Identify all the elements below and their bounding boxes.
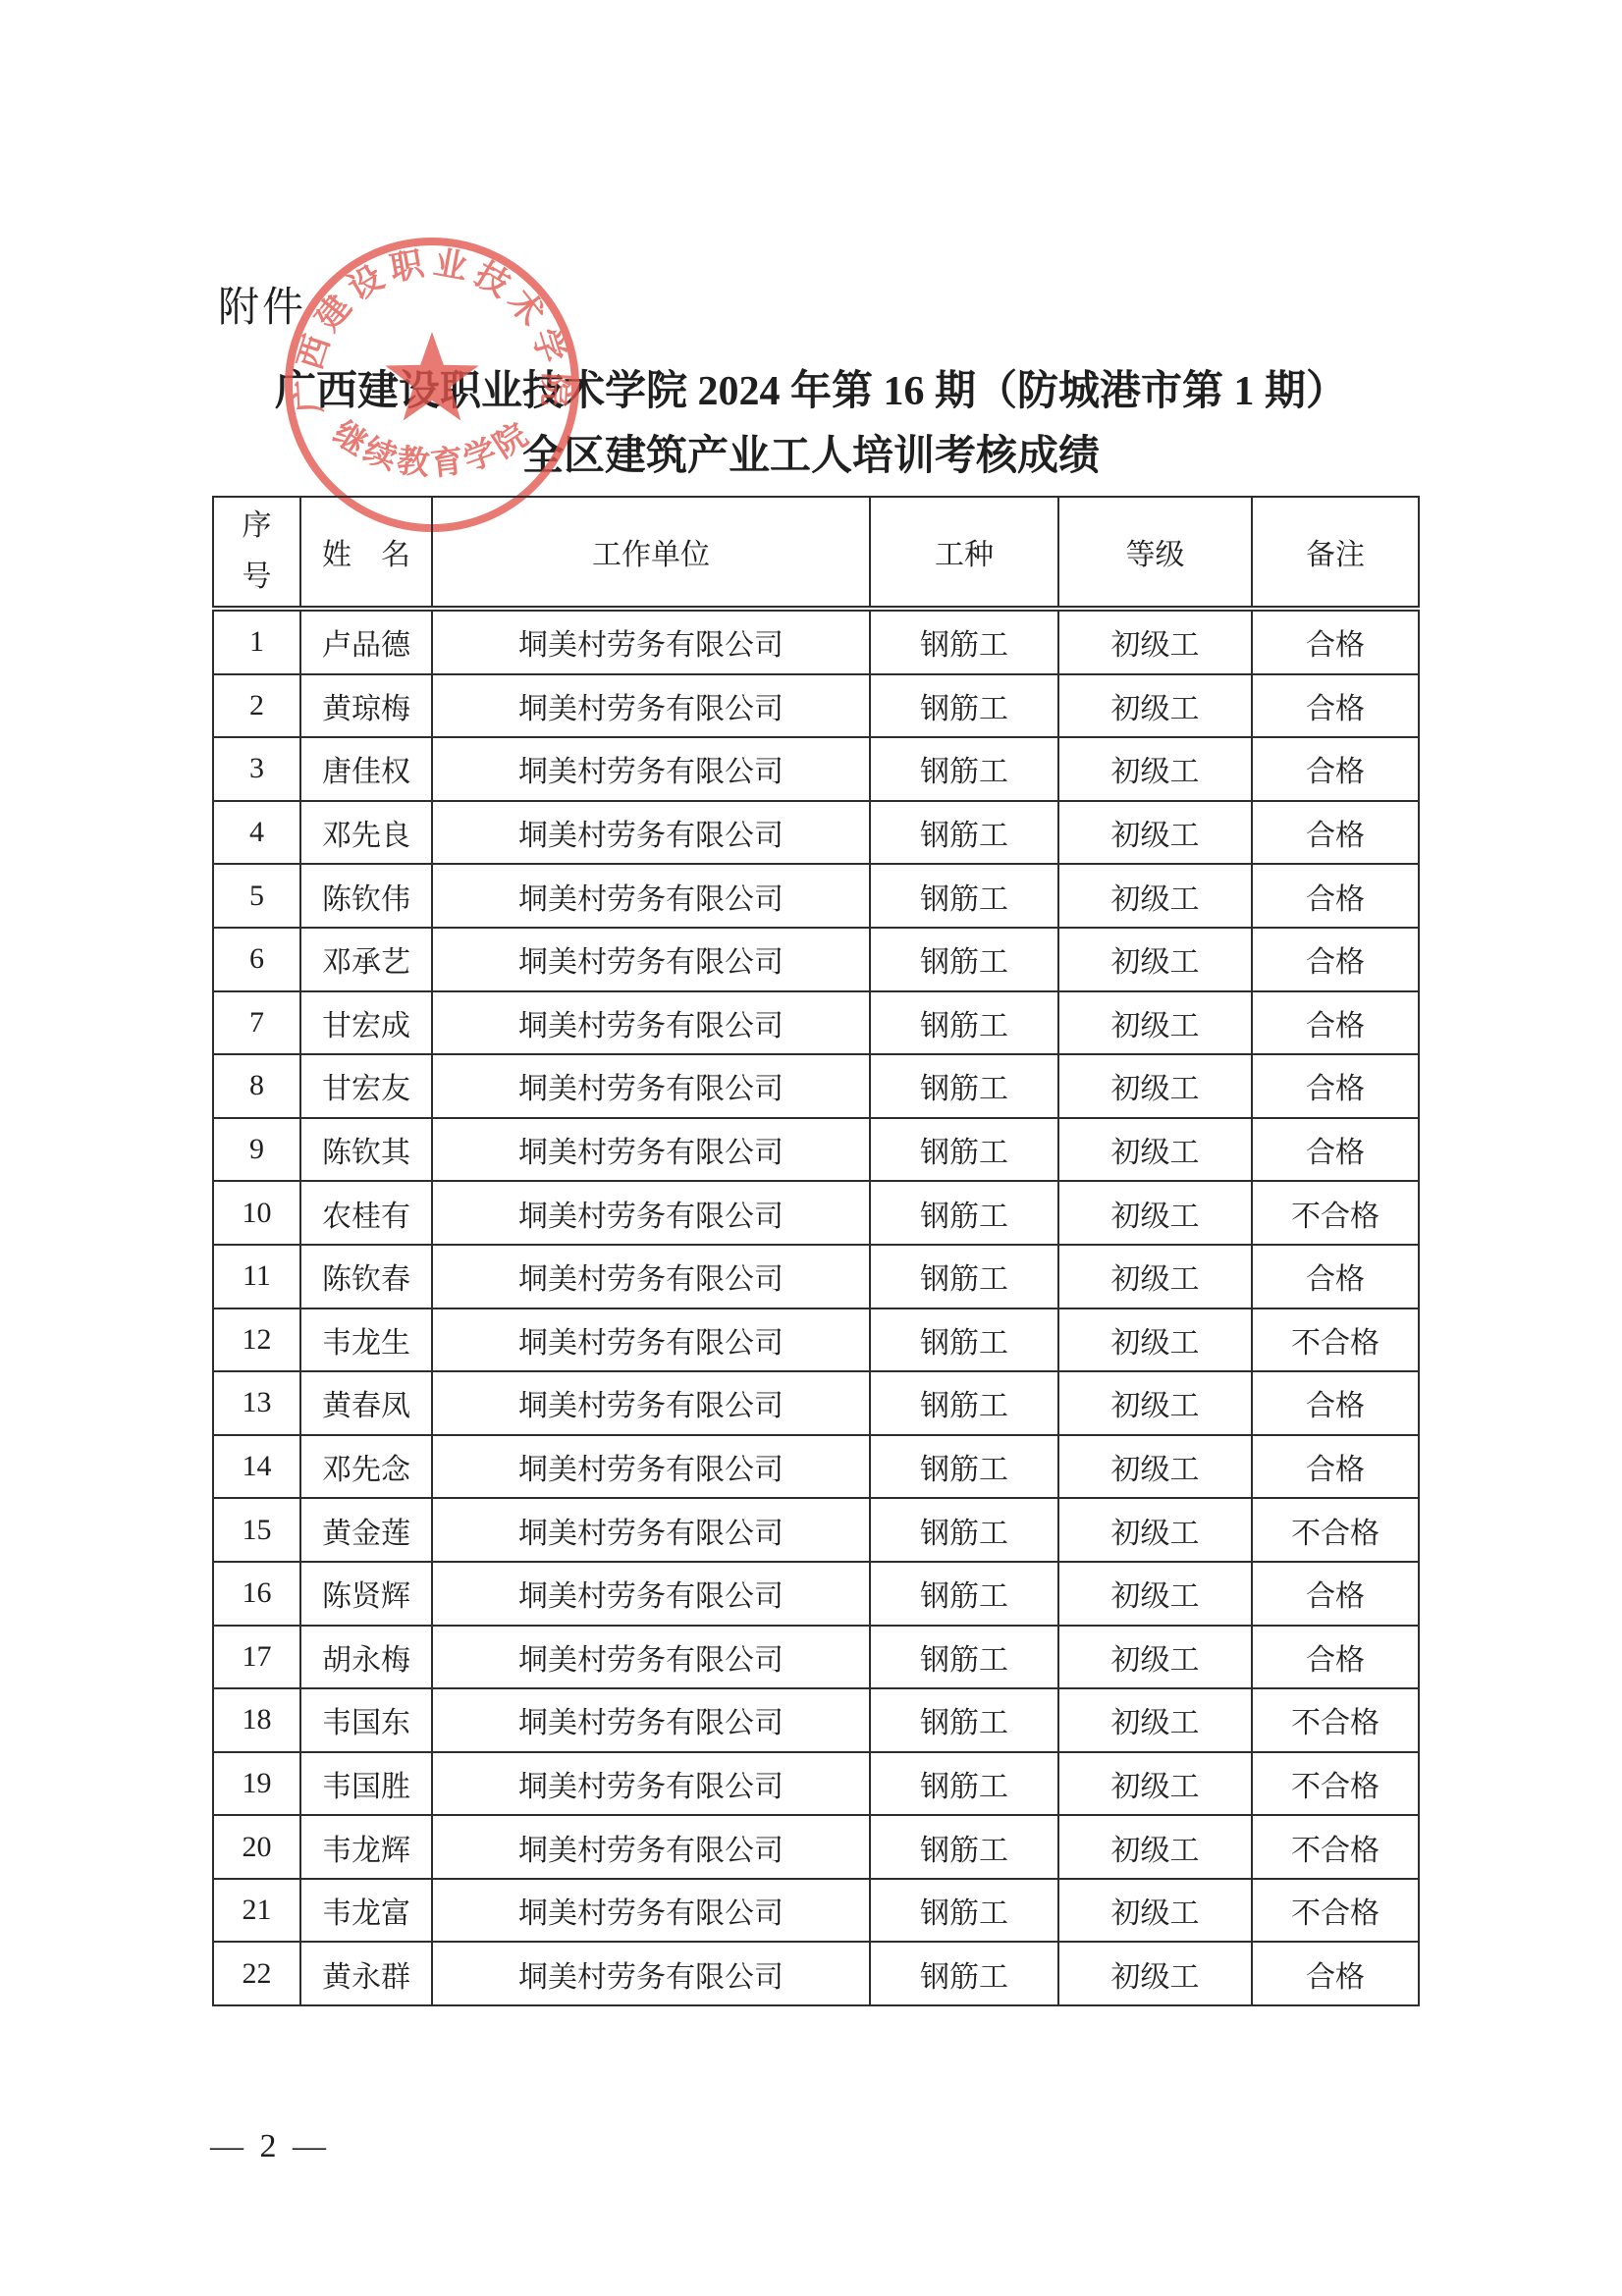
name-cell: 胡永梅 bbox=[300, 1626, 432, 1689]
row-number-cell: 9 bbox=[213, 1118, 300, 1182]
remark-cell: 合格 bbox=[1252, 737, 1419, 801]
trade-cell: 钢筋工 bbox=[870, 1118, 1058, 1182]
row-number-cell: 20 bbox=[213, 1815, 300, 1879]
level-cell: 初级工 bbox=[1058, 1688, 1252, 1752]
remark-cell: 合格 bbox=[1252, 1118, 1419, 1182]
table-row: 1 卢品德 垌美村劳务有限公司 钢筋工 初级工 合格 bbox=[213, 609, 1419, 674]
header-name: 姓 名 bbox=[300, 497, 432, 609]
table-row: 10 农桂有 垌美村劳务有限公司 钢筋工 初级工 不合格 bbox=[213, 1181, 1419, 1245]
trade-cell: 钢筋工 bbox=[870, 801, 1058, 865]
attachment-label: 附件 bbox=[218, 275, 306, 334]
name-cell: 韦国胜 bbox=[300, 1752, 432, 1816]
document-title: 广西建设职业技术学院 2024 年第 16 期（防城港市第 1 期） 全区建筑产… bbox=[0, 359, 1622, 489]
level-cell: 初级工 bbox=[1058, 609, 1252, 674]
header-remark: 备注 bbox=[1252, 497, 1419, 609]
trade-cell: 钢筋工 bbox=[870, 1562, 1058, 1626]
remark-cell: 不合格 bbox=[1252, 1181, 1419, 1245]
name-cell: 黄金莲 bbox=[300, 1498, 432, 1562]
table-row: 7 甘宏成 垌美村劳务有限公司 钢筋工 初级工 合格 bbox=[213, 991, 1419, 1055]
header-level: 等级 bbox=[1058, 497, 1252, 609]
name-cell: 韦国东 bbox=[300, 1688, 432, 1752]
row-number-cell: 1 bbox=[213, 609, 300, 674]
row-number-cell: 17 bbox=[213, 1626, 300, 1689]
remark-cell: 不合格 bbox=[1252, 1879, 1419, 1943]
trade-cell: 钢筋工 bbox=[870, 609, 1058, 674]
company-cell: 垌美村劳务有限公司 bbox=[432, 1498, 870, 1562]
remark-cell: 合格 bbox=[1252, 674, 1419, 738]
company-cell: 垌美村劳务有限公司 bbox=[432, 991, 870, 1055]
remark-cell: 合格 bbox=[1252, 864, 1419, 928]
table-row: 20 韦龙辉 垌美村劳务有限公司 钢筋工 初级工 不合格 bbox=[213, 1815, 1419, 1879]
company-cell: 垌美村劳务有限公司 bbox=[432, 1245, 870, 1308]
level-cell: 初级工 bbox=[1058, 1308, 1252, 1372]
table-row: 14 邓先念 垌美村劳务有限公司 钢筋工 初级工 合格 bbox=[213, 1435, 1419, 1499]
trade-cell: 钢筋工 bbox=[870, 674, 1058, 738]
row-number-cell: 2 bbox=[213, 674, 300, 738]
trade-cell: 钢筋工 bbox=[870, 864, 1058, 928]
company-cell: 垌美村劳务有限公司 bbox=[432, 1118, 870, 1182]
remark-cell: 不合格 bbox=[1252, 1752, 1419, 1816]
trade-cell: 钢筋工 bbox=[870, 1498, 1058, 1562]
level-cell: 初级工 bbox=[1058, 801, 1252, 865]
level-cell: 初级工 bbox=[1058, 1752, 1252, 1816]
table-row: 17 胡永梅 垌美村劳务有限公司 钢筋工 初级工 合格 bbox=[213, 1626, 1419, 1689]
trade-cell: 钢筋工 bbox=[870, 737, 1058, 801]
row-number-cell: 7 bbox=[213, 991, 300, 1055]
company-cell: 垌美村劳务有限公司 bbox=[432, 1752, 870, 1816]
trade-cell: 钢筋工 bbox=[870, 1308, 1058, 1372]
level-cell: 初级工 bbox=[1058, 1054, 1252, 1118]
header-company: 工作单位 bbox=[432, 497, 870, 609]
level-cell: 初级工 bbox=[1058, 928, 1252, 991]
company-cell: 垌美村劳务有限公司 bbox=[432, 928, 870, 991]
trade-cell: 钢筋工 bbox=[870, 1435, 1058, 1499]
trade-cell: 钢筋工 bbox=[870, 1752, 1058, 1816]
level-cell: 初级工 bbox=[1058, 1118, 1252, 1182]
row-number-cell: 10 bbox=[213, 1181, 300, 1245]
row-number-cell: 5 bbox=[213, 864, 300, 928]
company-cell: 垌美村劳务有限公司 bbox=[432, 1435, 870, 1499]
table-row: 18 韦国东 垌美村劳务有限公司 钢筋工 初级工 不合格 bbox=[213, 1688, 1419, 1752]
company-cell: 垌美村劳务有限公司 bbox=[432, 674, 870, 738]
name-cell: 卢品德 bbox=[300, 609, 432, 674]
row-number-cell: 18 bbox=[213, 1688, 300, 1752]
trade-cell: 钢筋工 bbox=[870, 1371, 1058, 1435]
trade-cell: 钢筋工 bbox=[870, 1181, 1058, 1245]
table-row: 15 黄金莲 垌美村劳务有限公司 钢筋工 初级工 不合格 bbox=[213, 1498, 1419, 1562]
trade-cell: 钢筋工 bbox=[870, 991, 1058, 1055]
name-cell: 邓先良 bbox=[300, 801, 432, 865]
company-cell: 垌美村劳务有限公司 bbox=[432, 1371, 870, 1435]
company-cell: 垌美村劳务有限公司 bbox=[432, 1879, 870, 1943]
name-cell: 邓承艺 bbox=[300, 928, 432, 991]
level-cell: 初级工 bbox=[1058, 864, 1252, 928]
remark-cell: 合格 bbox=[1252, 609, 1419, 674]
table-row: 22 黄永群 垌美村劳务有限公司 钢筋工 初级工 合格 bbox=[213, 1942, 1419, 2005]
company-cell: 垌美村劳务有限公司 bbox=[432, 1626, 870, 1689]
results-table-body: 1 卢品德 垌美村劳务有限公司 钢筋工 初级工 合格 2 黄琼梅 垌美村劳务有限… bbox=[213, 609, 1419, 2005]
remark-cell: 不合格 bbox=[1252, 1815, 1419, 1879]
table-row: 6 邓承艺 垌美村劳务有限公司 钢筋工 初级工 合格 bbox=[213, 928, 1419, 991]
table-row: 9 陈钦其 垌美村劳务有限公司 钢筋工 初级工 合格 bbox=[213, 1118, 1419, 1182]
name-cell: 黄琼梅 bbox=[300, 674, 432, 738]
remark-cell: 合格 bbox=[1252, 1371, 1419, 1435]
remark-cell: 合格 bbox=[1252, 1942, 1419, 2005]
level-cell: 初级工 bbox=[1058, 991, 1252, 1055]
table-row: 13 黄春凤 垌美村劳务有限公司 钢筋工 初级工 合格 bbox=[213, 1371, 1419, 1435]
table-row: 19 韦国胜 垌美村劳务有限公司 钢筋工 初级工 不合格 bbox=[213, 1752, 1419, 1816]
trade-cell: 钢筋工 bbox=[870, 1688, 1058, 1752]
name-cell: 甘宏成 bbox=[300, 991, 432, 1055]
name-cell: 韦龙富 bbox=[300, 1879, 432, 1943]
name-cell: 邓先念 bbox=[300, 1435, 432, 1499]
table-header-row: 序号 姓 名 工作单位 工种 等级 备注 bbox=[213, 497, 1419, 609]
row-number-cell: 11 bbox=[213, 1245, 300, 1308]
company-cell: 垌美村劳务有限公司 bbox=[432, 1688, 870, 1752]
row-number-cell: 15 bbox=[213, 1498, 300, 1562]
name-cell: 韦龙辉 bbox=[300, 1815, 432, 1879]
title-line-2: 全区建筑产业工人培训考核成绩 bbox=[0, 424, 1622, 489]
trade-cell: 钢筋工 bbox=[870, 1815, 1058, 1879]
remark-cell: 合格 bbox=[1252, 801, 1419, 865]
trade-cell: 钢筋工 bbox=[870, 1879, 1058, 1943]
level-cell: 初级工 bbox=[1058, 1245, 1252, 1308]
table-row: 4 邓先良 垌美村劳务有限公司 钢筋工 初级工 合格 bbox=[213, 801, 1419, 865]
remark-cell: 合格 bbox=[1252, 991, 1419, 1055]
row-number-cell: 14 bbox=[213, 1435, 300, 1499]
company-cell: 垌美村劳务有限公司 bbox=[432, 1181, 870, 1245]
title-line-1: 广西建设职业技术学院 2024 年第 16 期（防城港市第 1 期） bbox=[0, 359, 1622, 424]
name-cell: 陈钦春 bbox=[300, 1245, 432, 1308]
level-cell: 初级工 bbox=[1058, 1626, 1252, 1689]
row-number-cell: 22 bbox=[213, 1942, 300, 2005]
trade-cell: 钢筋工 bbox=[870, 1245, 1058, 1308]
remark-cell: 不合格 bbox=[1252, 1308, 1419, 1372]
row-number-cell: 19 bbox=[213, 1752, 300, 1816]
table-row: 16 陈贤辉 垌美村劳务有限公司 钢筋工 初级工 合格 bbox=[213, 1562, 1419, 1626]
name-cell: 陈贤辉 bbox=[300, 1562, 432, 1626]
company-cell: 垌美村劳务有限公司 bbox=[432, 1054, 870, 1118]
level-cell: 初级工 bbox=[1058, 1435, 1252, 1499]
level-cell: 初级工 bbox=[1058, 1181, 1252, 1245]
level-cell: 初级工 bbox=[1058, 1498, 1252, 1562]
level-cell: 初级工 bbox=[1058, 1942, 1252, 2005]
company-cell: 垌美村劳务有限公司 bbox=[432, 1562, 870, 1626]
table-row: 2 黄琼梅 垌美村劳务有限公司 钢筋工 初级工 合格 bbox=[213, 674, 1419, 738]
trade-cell: 钢筋工 bbox=[870, 1626, 1058, 1689]
name-cell: 黄永群 bbox=[300, 1942, 432, 2005]
remark-cell: 合格 bbox=[1252, 928, 1419, 991]
company-cell: 垌美村劳务有限公司 bbox=[432, 609, 870, 674]
name-cell: 甘宏友 bbox=[300, 1054, 432, 1118]
remark-cell: 合格 bbox=[1252, 1562, 1419, 1626]
table-row: 21 韦龙富 垌美村劳务有限公司 钢筋工 初级工 不合格 bbox=[213, 1879, 1419, 1943]
remark-cell: 合格 bbox=[1252, 1245, 1419, 1308]
name-cell: 唐佳权 bbox=[300, 737, 432, 801]
name-cell: 韦龙生 bbox=[300, 1308, 432, 1372]
name-cell: 农桂有 bbox=[300, 1181, 432, 1245]
row-number-cell: 12 bbox=[213, 1308, 300, 1372]
level-cell: 初级工 bbox=[1058, 674, 1252, 738]
level-cell: 初级工 bbox=[1058, 737, 1252, 801]
table-row: 12 韦龙生 垌美村劳务有限公司 钢筋工 初级工 不合格 bbox=[213, 1308, 1419, 1372]
results-table: 序号 姓 名 工作单位 工种 等级 备注 1 卢品德 垌美村劳务有限公司 钢筋工… bbox=[212, 496, 1420, 2006]
row-number-cell: 8 bbox=[213, 1054, 300, 1118]
level-cell: 初级工 bbox=[1058, 1879, 1252, 1943]
table-row: 11 陈钦春 垌美村劳务有限公司 钢筋工 初级工 合格 bbox=[213, 1245, 1419, 1308]
company-cell: 垌美村劳务有限公司 bbox=[432, 737, 870, 801]
remark-cell: 不合格 bbox=[1252, 1498, 1419, 1562]
header-no: 序号 bbox=[213, 497, 300, 609]
company-cell: 垌美村劳务有限公司 bbox=[432, 801, 870, 865]
document-page: 附件 广西建设职业技术学院 2024 年第 16 期（防城港市第 1 期） 全区… bbox=[0, 0, 1622, 2296]
table-row: 5 陈钦伟 垌美村劳务有限公司 钢筋工 初级工 合格 bbox=[213, 864, 1419, 928]
name-cell: 陈钦伟 bbox=[300, 864, 432, 928]
table-row: 3 唐佳权 垌美村劳务有限公司 钢筋工 初级工 合格 bbox=[213, 737, 1419, 801]
company-cell: 垌美村劳务有限公司 bbox=[432, 1942, 870, 2005]
trade-cell: 钢筋工 bbox=[870, 1942, 1058, 2005]
row-number-cell: 3 bbox=[213, 737, 300, 801]
header-trade: 工种 bbox=[870, 497, 1058, 609]
remark-cell: 合格 bbox=[1252, 1054, 1419, 1118]
company-cell: 垌美村劳务有限公司 bbox=[432, 1308, 870, 1372]
row-number-cell: 13 bbox=[213, 1371, 300, 1435]
remark-cell: 合格 bbox=[1252, 1626, 1419, 1689]
row-number-cell: 21 bbox=[213, 1879, 300, 1943]
level-cell: 初级工 bbox=[1058, 1815, 1252, 1879]
row-number-cell: 6 bbox=[213, 928, 300, 991]
trade-cell: 钢筋工 bbox=[870, 928, 1058, 991]
level-cell: 初级工 bbox=[1058, 1562, 1252, 1626]
page-number: — 2 — bbox=[210, 2128, 330, 2165]
company-cell: 垌美村劳务有限公司 bbox=[432, 1815, 870, 1879]
level-cell: 初级工 bbox=[1058, 1371, 1252, 1435]
remark-cell: 合格 bbox=[1252, 1435, 1419, 1499]
row-number-cell: 16 bbox=[213, 1562, 300, 1626]
table-row: 8 甘宏友 垌美村劳务有限公司 钢筋工 初级工 合格 bbox=[213, 1054, 1419, 1118]
name-cell: 陈钦其 bbox=[300, 1118, 432, 1182]
name-cell: 黄春凤 bbox=[300, 1371, 432, 1435]
row-number-cell: 4 bbox=[213, 801, 300, 865]
trade-cell: 钢筋工 bbox=[870, 1054, 1058, 1118]
company-cell: 垌美村劳务有限公司 bbox=[432, 864, 870, 928]
remark-cell: 不合格 bbox=[1252, 1688, 1419, 1752]
